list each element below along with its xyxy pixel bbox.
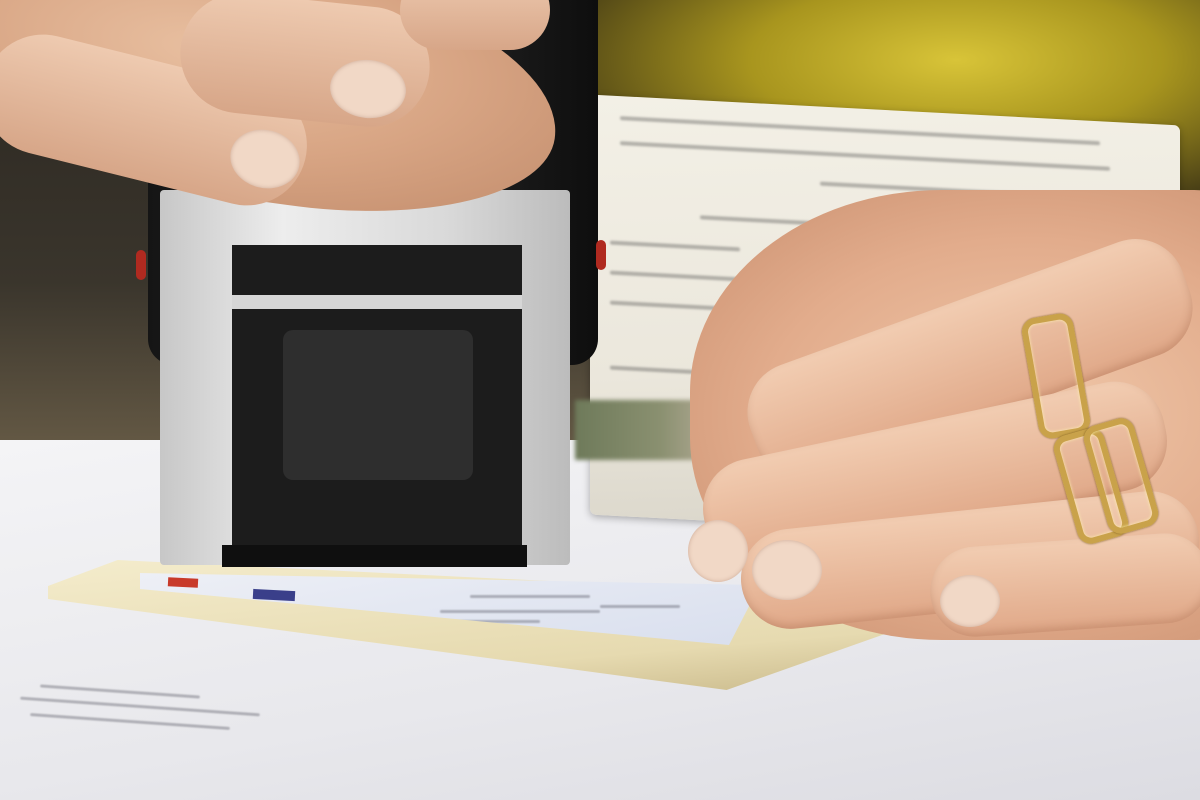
stamp-red-button bbox=[136, 250, 146, 280]
stamp-red-button bbox=[596, 240, 606, 270]
flag-blue-stripe bbox=[253, 589, 295, 601]
left-hand-finger bbox=[400, 0, 550, 50]
fingernail bbox=[752, 540, 822, 600]
stamp-base bbox=[222, 545, 527, 567]
flag-red-stripe bbox=[168, 577, 198, 588]
stamp-mechanism bbox=[283, 330, 473, 480]
stamp-crossbar bbox=[232, 295, 522, 309]
photo-scene: Close-up photograph of a hand pressing a… bbox=[0, 0, 1200, 800]
fingernail bbox=[940, 575, 1000, 627]
fingernail bbox=[688, 520, 748, 582]
